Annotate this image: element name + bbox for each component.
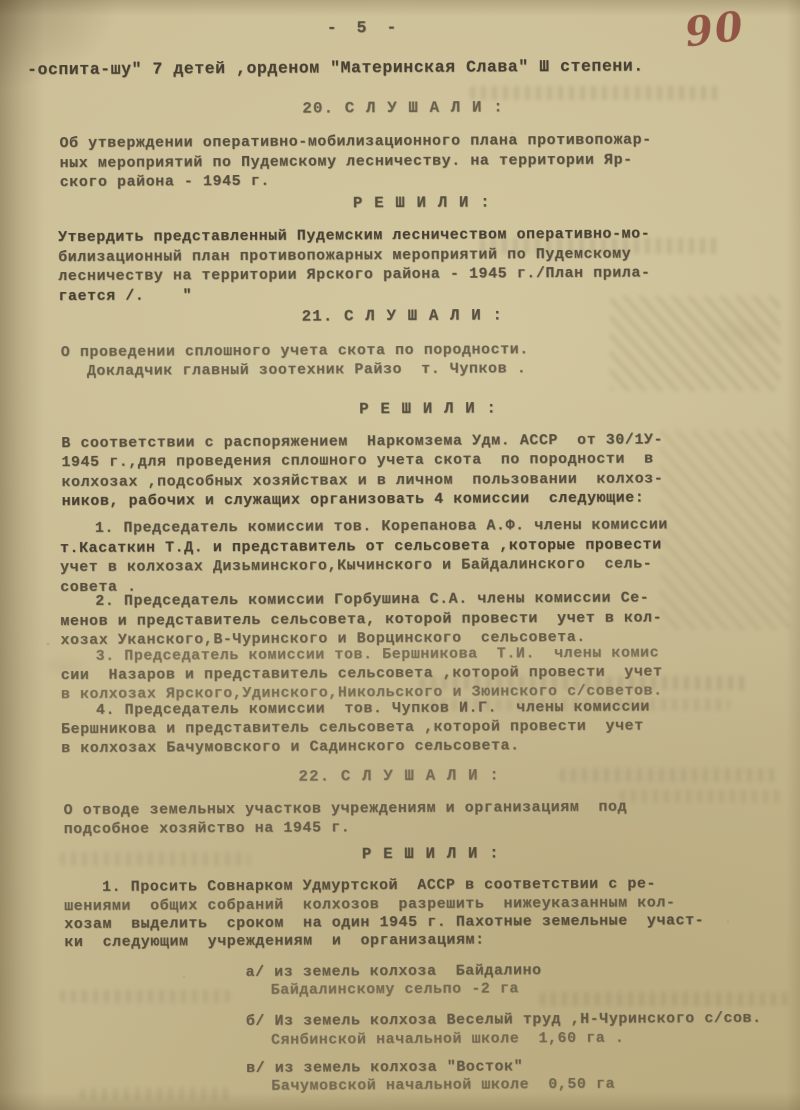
allotment-a-line: а/ из земель колхоза Байдалино [245, 962, 541, 981]
section-21-resolution-line: ников, рабочих и служащих организовать 4… [62, 490, 645, 511]
commission-1-line: т.Касаткин Т.Д. и представитель от сельс… [60, 536, 662, 557]
typed-text-layer: - 5 - -оспита-шу" 7 детей ,орденом "Мате… [0, 0, 800, 1110]
commission-4-line: Бершникова и представитель сельсовета ,к… [61, 718, 644, 739]
commission-4-line: в колхозах Бачумовского и Садинского сел… [61, 737, 520, 757]
section-21-topic-line: О проведении сплошного учета скота по по… [61, 341, 529, 361]
section-20-resolution-line: Утвердить представленный Пудемским лесни… [58, 225, 650, 246]
section-20-heading: 20. С Л У Ш А Л И : [302, 98, 504, 117]
section-21-resolution-line: В соответствии с распоряжением Наркомзем… [61, 431, 663, 452]
section-22-reshili-heading: Р Е Ш И Л И : [362, 844, 500, 863]
page-number: - 5 - [327, 18, 402, 37]
section-20-topic-line: Об утверждении оперативно-мобилизационно… [59, 131, 651, 152]
section-22-resolution-line: 1. Просить Совнарком Удмуртской АССР в с… [102, 875, 656, 895]
handwritten-page-mark: 90 [682, 3, 747, 57]
allotment-a-line: Байдалинскому сельпо -2 га [271, 980, 519, 999]
commission-3-line: сии Назаров и представитель сельсовета ,… [61, 663, 663, 684]
section-21-topic-line: Докладчик главный зоотехник Райзо т. Чуп… [87, 360, 526, 380]
section-22-topic-line: О отводе земельных участков учреждениям … [64, 799, 628, 819]
section-20-topic-line: ского района - 1945 г. [60, 173, 270, 191]
commission-4-line: 4. Председатель комиссии тов. Чупков И.Г… [96, 698, 650, 718]
section-21-reshili-heading: Р Е Ш И Л И : [359, 399, 497, 418]
section-22-heading: 22. С Л У Ш А Л И : [298, 766, 500, 785]
section-20-resolution-line: гается /. " [58, 287, 192, 305]
section-20-resolution-line: лесничеству на территории Ярского района… [58, 264, 650, 285]
commission-3-line: 3. Председатель комиссии тов. Бершникова… [96, 644, 660, 664]
section-20-reshili-heading: Р Е Ш И Л И : [353, 193, 491, 212]
commission-2-line: 2. Председатель комиссии Горбушина С.А. … [95, 589, 649, 609]
section-20-resolution-line: билизационный план противопожарных мероп… [58, 246, 631, 267]
allotment-v-line: в/ из земель колхоза "Восток" [246, 1058, 523, 1077]
commission-2-line: менов и представитель сельсовета, которо… [60, 609, 662, 630]
section-21-heading: 21. С Л У Ш А Л И : [301, 306, 503, 325]
commission-1-line: учет в колхозах Дизьминского,Кычинского … [60, 555, 652, 576]
scanned-document-page: - 5 - -оспита-шу" 7 детей ,орденом "Мате… [0, 0, 800, 1110]
section-21-resolution-line: колхозах ,подсобных хозяйствах и в лично… [61, 470, 663, 491]
intro-line: -оспита-шу" 7 детей ,орденом "Материнска… [27, 57, 644, 80]
allotment-b-line: Сянбинской начальной школе 1,60 га . [271, 1030, 625, 1049]
allotment-b-line: б/ Из земель колхоза Веселый труд ,Н-Чур… [246, 1010, 762, 1030]
section-22-resolution-line: ки следующим учреждениям и организациям: [64, 931, 484, 951]
allotment-v-line: Бачумовской начальной школе 0,50 га [271, 1076, 615, 1095]
commission-1-line: 1. Председатель комиссии тов. Корепанова… [95, 516, 668, 537]
section-22-topic-line: подсобное хозяйство на 1945 г. [64, 819, 351, 838]
section-22-resolution-line: хозам выделить сроком на один 1945 г. Па… [64, 912, 704, 933]
section-21-resolution-line: 1945 г.,для проведения сплошного учета с… [61, 450, 653, 471]
section-20-topic-line: ных мероприятий по Пудемскому лесничеств… [60, 152, 633, 173]
